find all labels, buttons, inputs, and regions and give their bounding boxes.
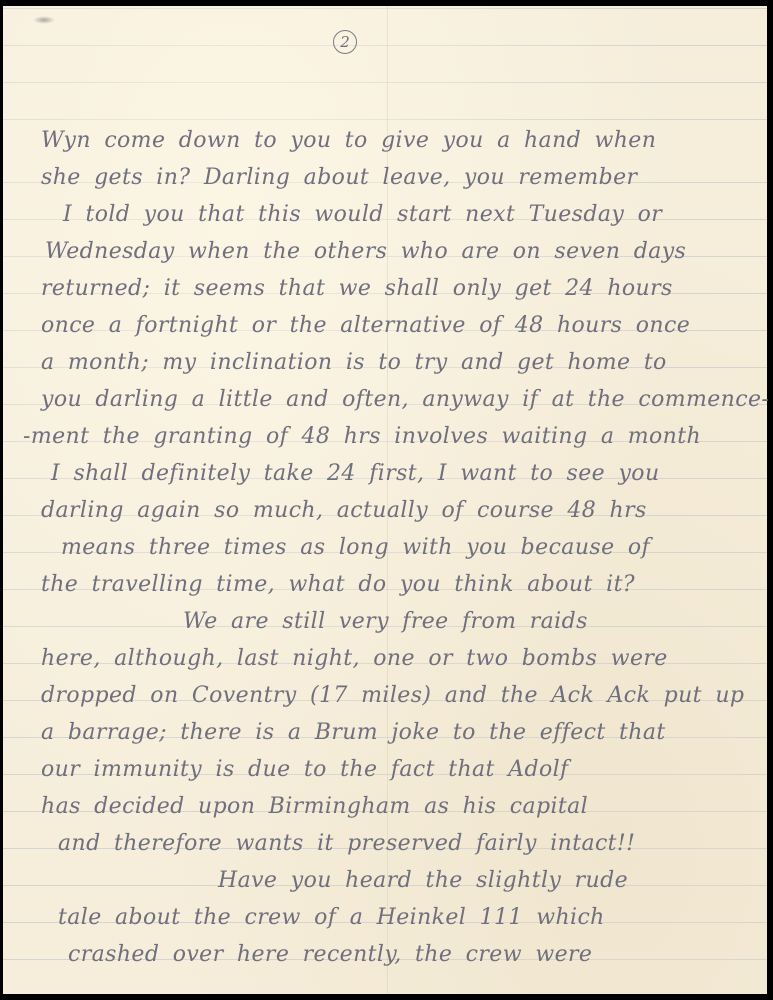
handwritten-line: I shall definitely take 24 first, I want… [51,461,660,486]
handwritten-line: dropped on Coventry (17 miles) and the A… [41,683,744,708]
handwritten-line: darling again so much, actually of cours… [41,498,647,523]
handwritten-line: crashed over here recently, the crew wer… [68,942,592,967]
handwritten-line: -ment the granting of 48 hrs involves wa… [23,424,701,449]
handwritten-line: returned; it seems that we shall only ge… [41,276,673,301]
handwritten-line: Have you heard the slightly rude [218,868,628,893]
handwritten-line: Wednesday when the others who are on sev… [45,239,686,264]
handwritten-line: We are still very free from raids [183,609,588,634]
handwritten-line: has decided upon Birmingham as his capit… [41,794,588,819]
handwritten-line: means three times as long with you becau… [61,535,650,560]
ink-smudge [33,16,55,24]
handwritten-line: you darling a little and often, anyway i… [41,387,769,412]
handwritten-line: the travelling time, what do you think a… [41,572,635,597]
handwritten-line: I told you that this would start next Tu… [63,202,662,227]
handwritten-line: and therefore wants it preserved fairly … [58,831,635,856]
handwritten-line: our immunity is due to the fact that Ado… [41,757,569,782]
handwritten-line: a barrage; there is a Brum joke to the e… [41,720,666,745]
handwritten-line: tale about the crew of a Heinkel 111 whi… [58,905,605,930]
page-number-circled: 2 [333,30,357,54]
handwritten-line: once a fortnight or the alternative of 4… [41,313,690,338]
handwritten-line: a month; my inclination is to try and ge… [41,350,667,375]
handwritten-line: Wyn come down to you to give you a hand … [41,128,656,153]
handwritten-line: she gets in? Darling about leave, you re… [41,165,637,190]
handwritten-line: here, although, last night, one or two b… [41,646,668,671]
letter-page: 2 Wyn come down to you to give you a han… [3,6,767,994]
